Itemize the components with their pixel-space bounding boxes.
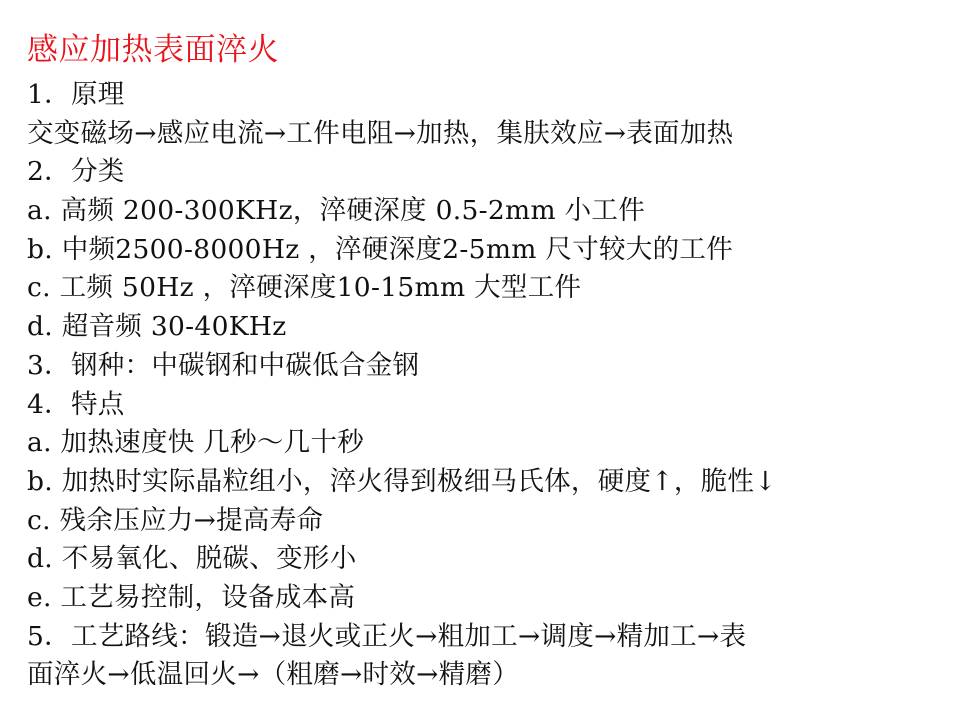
classification-item-ultrasonic-frequency: d. 超音频 30-40KHz bbox=[27, 308, 947, 347]
principle-text: 交变磁场→感应电流→工件电阻→加热，集肤效应→表面加热 bbox=[27, 115, 947, 154]
section-heading-classification: 2．分类 bbox=[27, 153, 947, 192]
slide-body: 1．原理 交变磁场→感应电流→工件电阻→加热，集肤效应→表面加热 2．分类 a.… bbox=[27, 76, 947, 695]
section-heading-process-route: 5．工艺路线：锻造→退火或正火→粗加工→调度→精加工→表 bbox=[27, 618, 947, 657]
section-heading-principle: 1．原理 bbox=[27, 76, 947, 115]
feature-item-residual-stress: c. 残余压应力→提高寿命 bbox=[27, 502, 947, 541]
feature-item-process-control: e. 工艺易控制，设备成本高 bbox=[27, 579, 947, 618]
classification-item-medium-frequency: b. 中频2500-8000Hz ，淬硬深度2-5mm 尺寸较大的工件 bbox=[27, 231, 947, 270]
feature-item-grain-hardness: b. 加热时实际晶粒组小，淬火得到极细马氏体，硬度↑，脆性↓ bbox=[27, 463, 947, 502]
section-heading-steel-types: 3．钢种：中碳钢和中碳低合金钢 bbox=[27, 347, 947, 386]
classification-item-high-frequency: a. 高频 200-300KHz，淬硬深度 0.5-2mm 小工件 bbox=[27, 192, 947, 231]
classification-item-power-frequency: c. 工频 50Hz ，淬硬深度10-15mm 大型工件 bbox=[27, 269, 947, 308]
slide: 感应加热表面淬火 1．原理 交变磁场→感应电流→工件电阻→加热，集肤效应→表面加… bbox=[0, 0, 960, 720]
feature-item-heating-speed: a. 加热速度快 几秒～几十秒 bbox=[27, 424, 947, 463]
slide-title: 感应加热表面淬火 bbox=[27, 30, 279, 70]
process-route-continuation: 面淬火→低温回火→（粗磨→时效→精磨） bbox=[27, 656, 947, 695]
section-heading-features: 4．特点 bbox=[27, 386, 947, 425]
feature-item-oxidation: d. 不易氧化、脱碳、变形小 bbox=[27, 540, 947, 579]
